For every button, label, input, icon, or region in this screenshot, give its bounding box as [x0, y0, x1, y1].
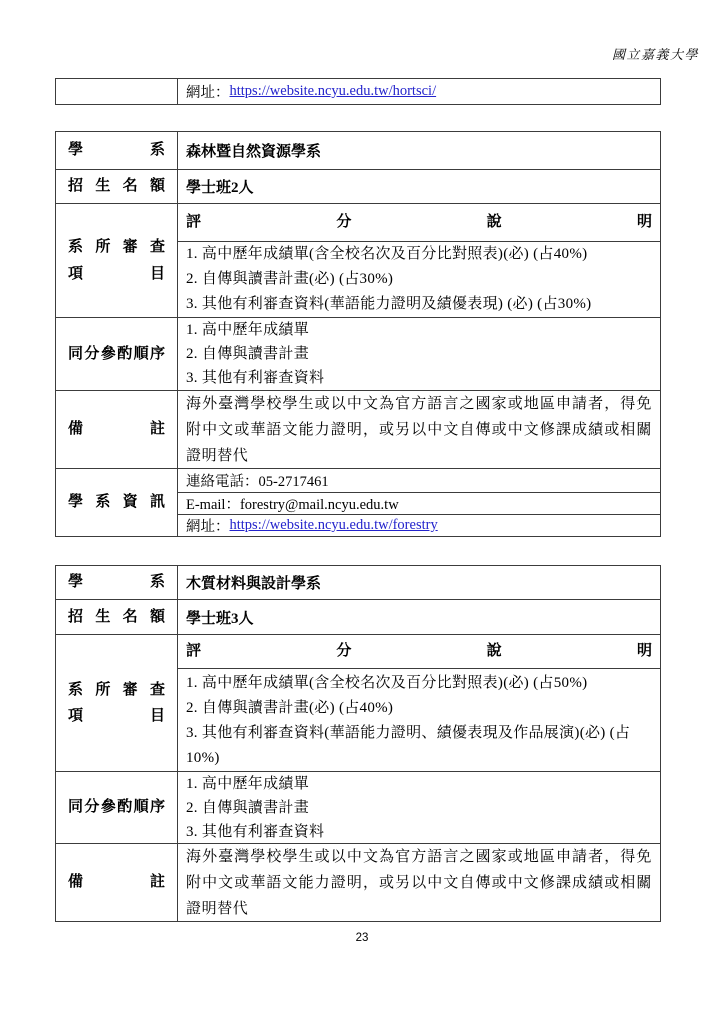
- table-row-department: 學系 森林暨自然資源學系: [56, 132, 660, 169]
- empty-label-cell: [56, 79, 178, 104]
- quota-value: 學士班2人: [186, 176, 254, 197]
- tiebreak-label: 同分參酌順序: [68, 794, 165, 820]
- department-name-cell: 木質材料與設計學系: [178, 566, 660, 599]
- note-text: 海外臺灣學校學生或以中文為官方語言之國家或地區申請者，得免附中文或華語文能力證明…: [186, 844, 652, 922]
- review-item: 2. 自傳與讀書計畫(必) (占30%): [186, 267, 652, 292]
- tiebreak-item: 2. 自傳與讀書計畫: [186, 796, 652, 820]
- website-label: 網址：: [186, 81, 230, 102]
- wood-design-dept-table: 學系 木質材料與設計學系 招生名額 學士班3人 系所審查 項目 評分說明 1. …: [55, 565, 661, 922]
- quota-label: 招生名額: [68, 173, 165, 199]
- forestry-dept-table: 學系 森林暨自然資源學系 招生名額 學士班2人 系所審查 項目 評分說明 1. …: [55, 131, 661, 537]
- dept-info-label-cell: 學系資訊: [56, 469, 178, 536]
- review-item: 1. 高中歷年成績單(含全校名次及百分比對照表)(必) (占40%): [186, 242, 652, 267]
- review-label: 系所審查 項目: [68, 677, 165, 730]
- tiebreak-items-cell: 1. 高中歷年成績單 2. 自傳與讀書計畫 3. 其他有利審查資料: [178, 318, 660, 390]
- scoring-header: 評分說明: [186, 209, 652, 235]
- review-label-cell: 系所審查 項目: [56, 635, 178, 771]
- note-label-cell: 備註: [56, 844, 178, 921]
- website-cell: 網址：https://website.ncyu.edu.tw/hortsci/: [178, 79, 660, 104]
- tiebreak-item: 2. 自傳與讀書計畫: [186, 342, 652, 366]
- review-items-list: 1. 高中歷年成績單(含全校名次及百分比對照表)(必) (占40%) 2. 自傳…: [178, 242, 660, 317]
- quota-value-cell: 學士班3人: [178, 600, 660, 634]
- tiebreak-item: 3. 其他有利審查資料: [186, 366, 652, 390]
- review-item: 1. 高中歷年成績單(含全校名次及百分比對照表)(必) (占50%): [186, 671, 652, 696]
- table-row-department: 學系 木質材料與設計學系: [56, 566, 660, 599]
- forestry-website-link[interactable]: https://website.ncyu.edu.tw/forestry: [230, 517, 438, 534]
- email-cell: E-mail：forestry@mail.ncyu.edu.tw: [178, 492, 660, 514]
- department-name: 森林暨自然資源學系: [186, 140, 321, 161]
- review-label: 系所審查 項目: [68, 234, 165, 287]
- university-name: 國立嘉義大學: [612, 44, 699, 63]
- note-label-cell: 備註: [56, 391, 178, 468]
- table-row: 網址：https://website.ncyu.edu.tw/hortsci/: [56, 79, 660, 104]
- tiebreak-item: 3. 其他有利審查資料: [186, 820, 652, 844]
- table-row-quota: 招生名額 學士班3人: [56, 599, 660, 634]
- review-item: 2. 自傳與讀書計畫(必) (占40%): [186, 696, 652, 721]
- scoring-header-cell: 評分說明: [178, 635, 660, 669]
- hortsci-website-link[interactable]: https://website.ncyu.edu.tw/hortsci/: [230, 83, 437, 100]
- tiebreak-items-cell: 1. 高中歷年成績單 2. 自傳與讀書計畫 3. 其他有利審查資料: [178, 772, 660, 843]
- scoring-header-cell: 評分說明: [178, 204, 660, 242]
- review-item: 3. 其他有利審查資料(華語能力證明、績優表現及作品展演)(必) (占10%): [186, 721, 652, 771]
- review-label-cell: 系所審查 項目: [56, 204, 178, 317]
- phone-value: 連絡電話：05-2717461: [186, 470, 329, 491]
- tiebreak-items-list: 1. 高中歷年成績單 2. 自傳與讀書計畫 3. 其他有利審查資料: [186, 772, 652, 844]
- tiebreak-label: 同分參酌順序: [68, 341, 165, 367]
- review-items-list: 1. 高中歷年成績單(含全校名次及百分比對照表)(必) (占50%) 2. 自傳…: [178, 669, 660, 771]
- table-row-tiebreak: 同分參酌順序 1. 高中歷年成績單 2. 自傳與讀書計畫 3. 其他有利審查資料: [56, 771, 660, 843]
- department-label: 學系: [68, 137, 165, 163]
- table-row-review-items: 系所審查 項目 評分說明 1. 高中歷年成績單(含全校名次及百分比對照表)(必)…: [56, 634, 660, 771]
- quota-value-cell: 學士班2人: [178, 170, 660, 203]
- note-content-cell: 海外臺灣學校學生或以中文為官方語言之國家或地區申請者，得免附中文或華語文能力證明…: [178, 844, 660, 921]
- review-content-cell: 評分說明 1. 高中歷年成績單(含全校名次及百分比對照表)(必) (占40%) …: [178, 204, 660, 317]
- phone-cell: 連絡電話：05-2717461: [178, 469, 660, 492]
- department-label: 學系: [68, 569, 165, 595]
- department-label-cell: 學系: [56, 132, 178, 169]
- table-row-review-items: 系所審查 項目 評分說明 1. 高中歷年成績單(含全校名次及百分比對照表)(必)…: [56, 203, 660, 317]
- department-name: 木質材料與設計學系: [186, 572, 321, 593]
- tiebreak-label-cell: 同分參酌順序: [56, 772, 178, 843]
- table-row-dept-info: 學系資訊 連絡電話：05-2717461 E-mail：forestry@mai…: [56, 468, 660, 536]
- quota-label-cell: 招生名額: [56, 600, 178, 634]
- note-text: 海外臺灣學校學生或以中文為官方語言之國家或地區申請者，得免附中文或華語文能力證明…: [186, 391, 652, 469]
- quota-label: 招生名額: [68, 604, 165, 630]
- quota-label-cell: 招生名額: [56, 170, 178, 203]
- tiebreak-label-cell: 同分參酌順序: [56, 318, 178, 390]
- dept-info-label: 學系資訊: [68, 489, 165, 515]
- website-label: 網址：: [186, 515, 230, 536]
- note-content-cell: 海外臺灣學校學生或以中文為官方語言之國家或地區申請者，得免附中文或華語文能力證明…: [178, 391, 660, 468]
- scoring-header: 評分說明: [186, 638, 652, 664]
- review-content-cell: 評分說明 1. 高中歷年成績單(含全校名次及百分比對照表)(必) (占50%) …: [178, 635, 660, 771]
- quota-value: 學士班3人: [186, 607, 254, 628]
- page-number: 23: [0, 932, 724, 944]
- note-label: 備註: [68, 869, 165, 895]
- tiebreak-item: 1. 高中歷年成績單: [186, 772, 652, 796]
- website-cell: 網址：https://website.ncyu.edu.tw/forestry: [178, 514, 660, 536]
- email-value: E-mail：forestry@mail.ncyu.edu.tw: [186, 493, 399, 514]
- dept-info-content-cell: 連絡電話：05-2717461 E-mail：forestry@mail.ncy…: [178, 469, 660, 536]
- tiebreak-items-list: 1. 高中歷年成績單 2. 自傳與讀書計畫 3. 其他有利審查資料: [186, 318, 652, 390]
- table-row-tiebreak: 同分參酌順序 1. 高中歷年成績單 2. 自傳與讀書計畫 3. 其他有利審查資料: [56, 317, 660, 390]
- note-label: 備註: [68, 416, 165, 442]
- table-row-note: 備註 海外臺灣學校學生或以中文為官方語言之國家或地區申請者，得免附中文或華語文能…: [56, 390, 660, 468]
- table-row-note: 備註 海外臺灣學校學生或以中文為官方語言之國家或地區申請者，得免附中文或華語文能…: [56, 843, 660, 921]
- department-label-cell: 學系: [56, 566, 178, 599]
- previous-dept-table-fragment: 網址：https://website.ncyu.edu.tw/hortsci/: [55, 78, 661, 105]
- department-name-cell: 森林暨自然資源學系: [178, 132, 660, 169]
- review-item: 3. 其他有利審查資料(華語能力證明及績優表現) (必) (占30%): [186, 292, 652, 317]
- table-row-quota: 招生名額 學士班2人: [56, 169, 660, 203]
- tiebreak-item: 1. 高中歷年成績單: [186, 318, 652, 342]
